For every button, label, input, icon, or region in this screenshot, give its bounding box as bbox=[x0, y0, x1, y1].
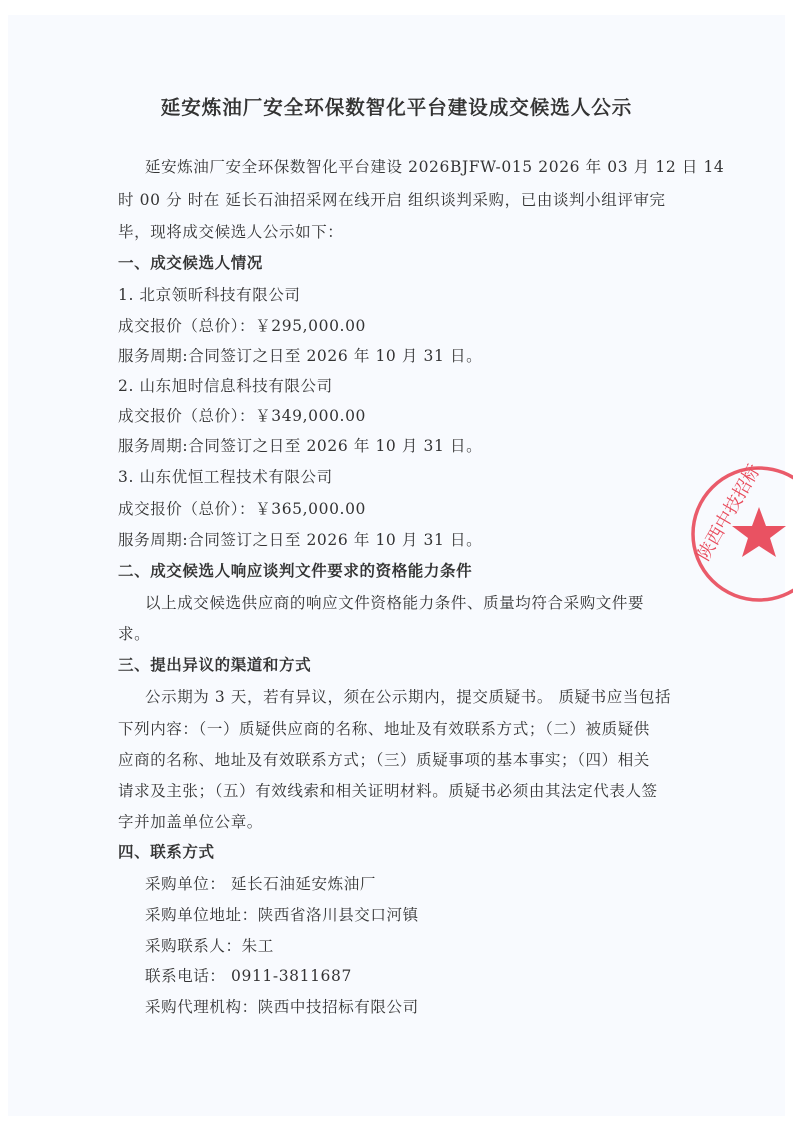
section-2-heading: 二、成交候选人响应谈判文件要求的资格能力条件 bbox=[118, 559, 472, 581]
section-3-line-2: 下列内容：（一）质疑供应商的名称、地址及有效联系方式；（二）被质疑供 bbox=[118, 717, 650, 739]
intro-line-1: 延安炼油厂安全环保数智化平台建设 2026BJFW-015 2026 年 03 … bbox=[145, 155, 724, 177]
candidate-2-price: 成交报价（总价）：￥349,000.00 bbox=[118, 404, 366, 426]
candidate-3-name: 3. 山东优恒工程技术有限公司 bbox=[118, 465, 333, 487]
candidate-2-name: 2. 山东旭时信息科技有限公司 bbox=[118, 374, 333, 396]
section-1-heading: 一、成交候选人情况 bbox=[118, 251, 263, 273]
document-title: 延安炼油厂安全环保数智化平台建设成交候选人公示 bbox=[0, 92, 793, 120]
contact-person: 采购联系人：朱工 bbox=[145, 934, 274, 956]
section-2-line-2: 求。 bbox=[118, 622, 150, 644]
candidate-1-period: 服务周期:合同签订之日至 2026 年 10 月 31 日。 bbox=[118, 344, 482, 366]
section-3-heading: 三、提出异议的渠道和方式 bbox=[118, 653, 311, 675]
svg-text:陕西中技招标: 陕西中技招标 bbox=[693, 462, 766, 565]
contact-address: 采购单位地址：陕西省洛川县交口河镇 bbox=[145, 903, 419, 925]
candidate-3-price: 成交报价（总价）：￥365,000.00 bbox=[118, 497, 366, 519]
section-3-line-5: 字并加盖单位公章。 bbox=[118, 810, 263, 832]
section-3-line-4: 请求及主张；（五）有效线索和相关证明材料。质疑书必须由其法定代表人签 bbox=[118, 779, 658, 801]
candidate-1-name: 1. 北京领昕科技有限公司 bbox=[118, 283, 301, 305]
contact-purchaser: 采购单位： 延长石油延安炼油厂 bbox=[145, 872, 376, 894]
section-3-line-3: 应商的名称、地址及有效联系方式；（三）质疑事项的基本事实；（四）相关 bbox=[118, 748, 650, 770]
section-4-heading: 四、联系方式 bbox=[118, 840, 215, 862]
intro-line-3: 毕，现将成交候选人公示如下： bbox=[118, 220, 343, 242]
candidate-3-period: 服务周期:合同签订之日至 2026 年 10 月 31 日。 bbox=[118, 528, 482, 550]
candidate-1-price: 成交报价（总价）：￥295,000.00 bbox=[118, 314, 366, 336]
contact-phone: 联系电话： 0911-3811687 bbox=[145, 964, 352, 986]
section-3-line-1: 公示期为 3 天，若有异议，须在公示期内，提交质疑书。 质疑书应当包括 bbox=[145, 685, 671, 707]
section-2-line-1: 以上成交候选供应商的响应文件资格能力条件、质量均符合采购文件要 bbox=[145, 591, 644, 613]
official-seal-stamp: 陕西中技招标 bbox=[687, 462, 793, 612]
candidate-2-period: 服务周期:合同签订之日至 2026 年 10 月 31 日。 bbox=[118, 434, 482, 456]
contact-agency: 采购代理机构：陕西中技招标有限公司 bbox=[145, 995, 419, 1017]
intro-line-2: 时 00 分 时在 延长石油招采网在线开启 组织谈判采购，已由谈判小组评审完 bbox=[118, 188, 666, 210]
